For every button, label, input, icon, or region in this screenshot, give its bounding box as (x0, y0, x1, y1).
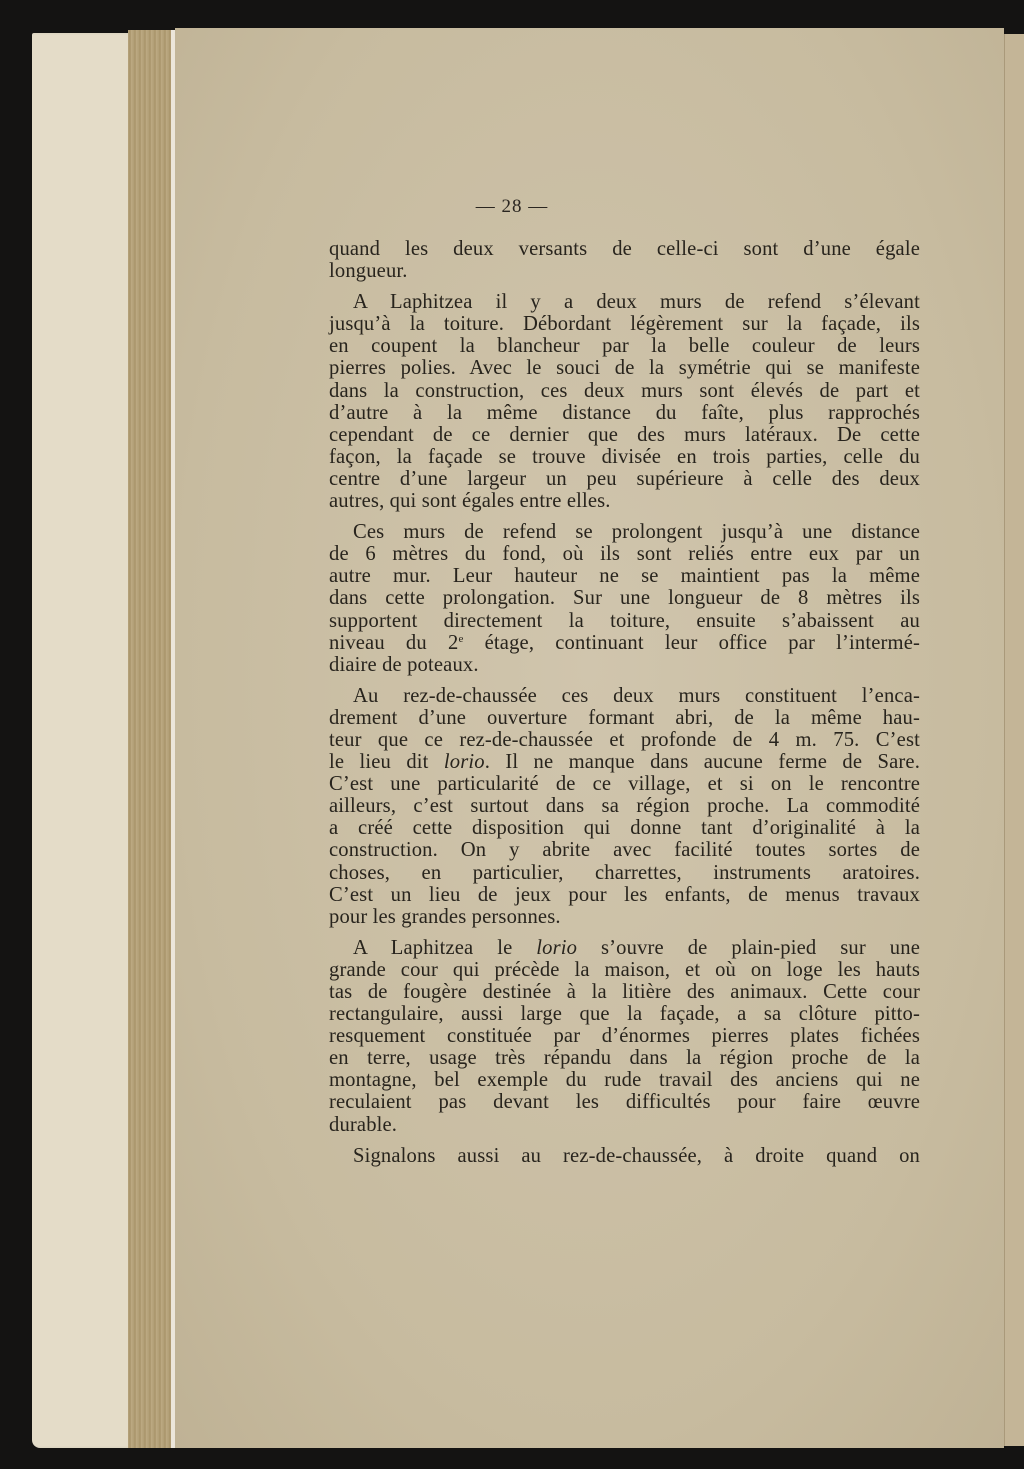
text-line: A Laphitzea il y a deux murs de refend s… (329, 291, 920, 313)
body-text: quand les deux versants de celle-ci sont… (329, 238, 920, 1167)
text-line: grande cour qui précède la maison, et où… (329, 959, 920, 981)
text-fragment: étage, continuant leur office par l’inte… (463, 632, 920, 654)
text-line: ailleurs, c’est surtout dans sa région p… (329, 795, 920, 817)
text-line: durable. (329, 1114, 920, 1136)
text-line: A Laphitzea le lorio s’ouvre de plain-pi… (329, 937, 920, 959)
text-line: en terre, usage très répandu dans la rég… (329, 1047, 920, 1069)
text-line: tas de fougère destinée à la litière des… (329, 981, 920, 1003)
text-line: Au rez-de-chaussée ces deux murs constit… (329, 685, 920, 707)
text-line: montagne, bel exemple du rude travail de… (329, 1069, 920, 1091)
text-line: autres, qui sont égales entre elles. (329, 490, 920, 512)
text-line: C’est un lieu de jeux pour les enfants, … (329, 884, 920, 906)
text-line: de 6 mètres du fond, où ils sont reliés … (329, 543, 920, 565)
text-line: drement d’une ouverture formant abri, de… (329, 707, 920, 729)
text-line: reculaient pas devant les difficultés po… (329, 1091, 920, 1113)
text-line: quand les deux versants de celle-ci sont… (329, 238, 920, 260)
text-line: centre d’une largeur un peu supérieure à… (329, 468, 920, 490)
text-line: resquement constituée par d’énormes pier… (329, 1025, 920, 1047)
paragraph-5: A Laphitzea le lorio s’ouvre de plain-pi… (329, 937, 920, 1136)
text-line: supportent directement la toiture, ensui… (329, 610, 920, 632)
paragraph-6: Signalons aussi au rez-de-chaussée, à dr… (329, 1145, 920, 1167)
text-line: pour les grandes personnes. (329, 906, 920, 928)
text-line: rectangulaire, aussi large que la façade… (329, 1003, 920, 1025)
text-line: le lieu dit lorio. Il ne manque dans auc… (329, 751, 920, 773)
text-line: dans la construction, ces deux murs sont… (329, 380, 920, 402)
paragraph-3: Ces murs de refend se prolongent jusqu’à… (329, 521, 920, 676)
paragraph-2: A Laphitzea il y a deux murs de refend s… (329, 291, 920, 512)
text-line: façon, la façade se trouve divisée en tr… (329, 446, 920, 468)
text-line: autre mur. Leur hauteur ne se maintient … (329, 565, 920, 587)
text-line: diaire de poteaux. (329, 654, 920, 676)
text-line: C’est une particularité de ce village, e… (329, 773, 920, 795)
text-line: dans cette prolongation. Sur une longueu… (329, 587, 920, 609)
text-fragment: niveau du 2 (329, 632, 458, 654)
text-line: teur que ce rez-de-chaussée et profonde … (329, 729, 920, 751)
text-line: construction. On y abrite avec facilité … (329, 839, 920, 861)
text-fragment: le lieu dit (329, 751, 444, 773)
paragraph-1: quand les deux versants de celle-ci sont… (329, 238, 920, 282)
text-fragment: A Laphitzea le (353, 937, 536, 959)
page-number: — 28 — (0, 196, 1024, 218)
text-fragment: s’ouvre de plain-pied sur une (577, 937, 920, 959)
italic-term: lorio (536, 937, 577, 959)
text-line: pierres polies. Avec le souci de la symé… (329, 357, 920, 379)
text-line: longueur. (329, 260, 920, 282)
text-line: cependant de ce dernier que des murs lat… (329, 424, 920, 446)
text-line: niveau du 2e étage, continuant leur offi… (329, 632, 920, 654)
page-edges-stack (128, 30, 173, 1448)
text-line: en coupent la blancheur par la belle cou… (329, 335, 920, 357)
text-line: Signalons aussi au rez-de-chaussée, à dr… (329, 1145, 920, 1167)
italic-term: lorio (444, 751, 485, 773)
book-back-cover (32, 33, 137, 1448)
text-line: d’autre à la même distance du faîte, plu… (329, 402, 920, 424)
text-line: Ces murs de refend se prolongent jusqu’à… (329, 521, 920, 543)
text-fragment: . Il ne manque dans aucune ferme de Sare… (485, 751, 920, 773)
text-line: choses, en particulier, charrettes, inst… (329, 862, 920, 884)
adjacent-page-edge (1004, 34, 1024, 1446)
text-line: a créé cette disposition qui donne tant … (329, 817, 920, 839)
text-line: jusqu’à la toiture. Débordant légèrement… (329, 313, 920, 335)
paragraph-4: Au rez-de-chaussée ces deux murs constit… (329, 685, 920, 928)
